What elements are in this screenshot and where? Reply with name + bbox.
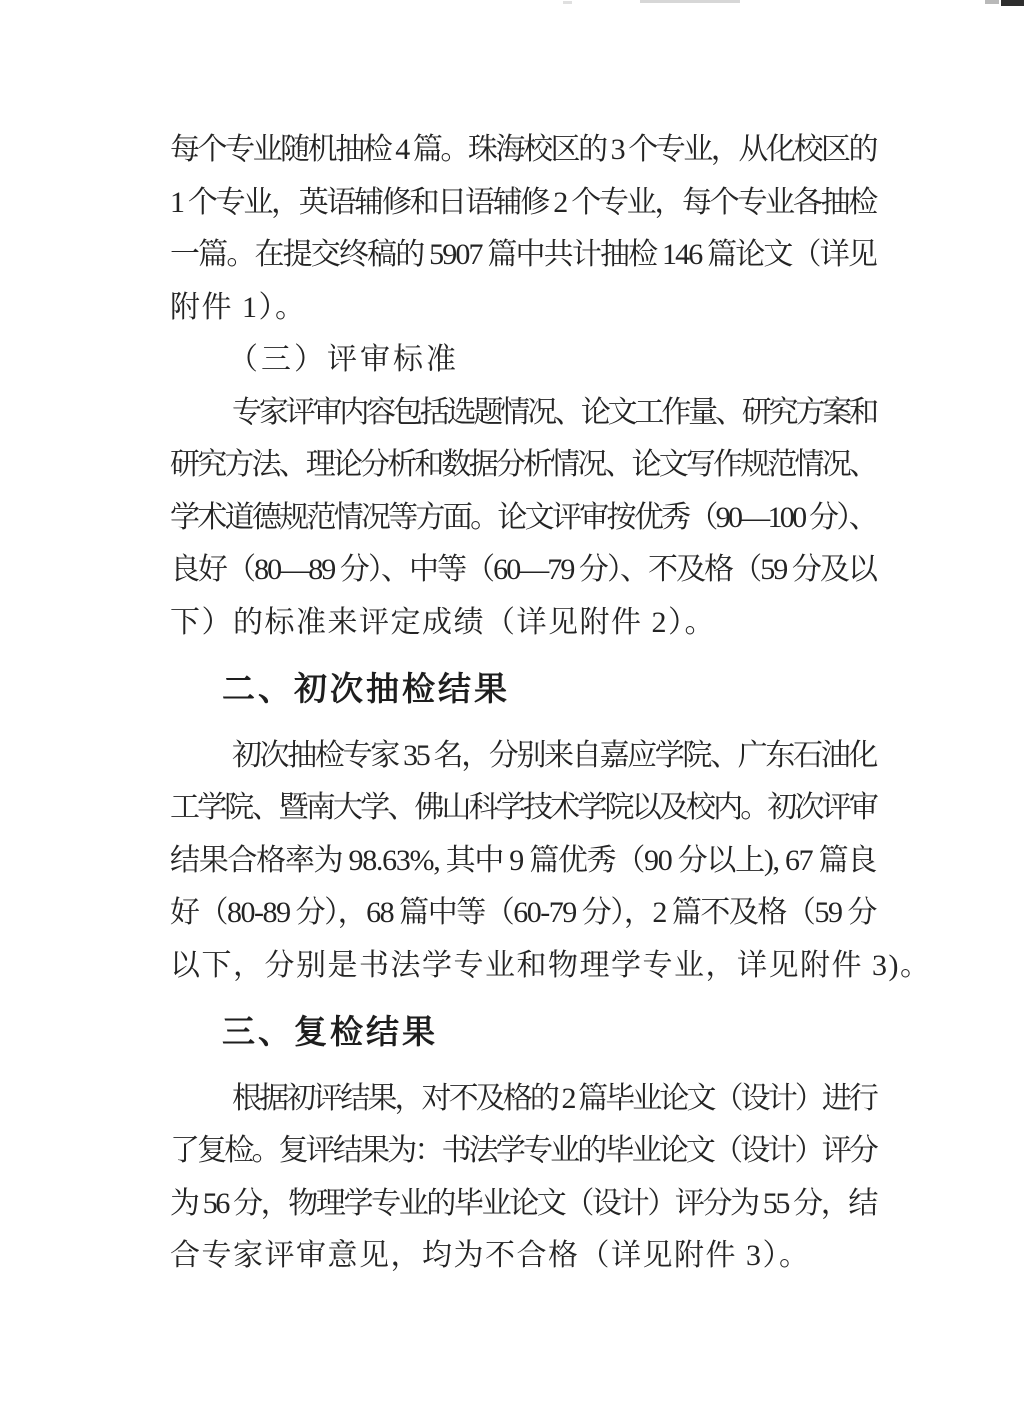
body-line: 初次抽检专家 35 名，分别来自嘉应学院、广东石油化	[170, 730, 876, 783]
body-line: 结果合格率为 98.63%, 其中 9 篇优秀（90 分以上), 67 篇良	[170, 835, 876, 888]
body-line: 附件 1）。	[170, 282, 876, 335]
body-line: 为 56 分，物理学专业的毕业论文（设计）评分为 55 分，结	[170, 1178, 876, 1231]
body-line: 学术道德规范情况等方面。论文评审按优秀（90—100 分）、	[170, 492, 876, 545]
body-line: 以下，分别是书法学专业和物理学专业，详见附件 3)。	[170, 940, 876, 993]
body-line: 根据初评结果，对不及格的 2 篇毕业论文（设计）进行	[170, 1073, 876, 1126]
body-line: 每个专业随机抽检 4 篇。珠海校区的 3 个专业，从化校区的	[170, 124, 876, 177]
scanned-document-page: 每个专业随机抽检 4 篇。珠海校区的 3 个专业，从化校区的 1 个专业，英语辅…	[0, 0, 1024, 1409]
subsection-heading: （三）评审标准	[170, 334, 876, 387]
body-line: 研究方法、理论分析和数据分析情况、论文写作规范情况、	[170, 439, 876, 492]
body-line: 工学院、暨南大学、佛山科学技术学院以及校内。初次评审	[170, 782, 876, 835]
body-line: 好（80-89 分），68 篇中等（60-79 分），2 篇不及格（59 分	[170, 887, 876, 940]
body-line: 一篇。在提交终稿的 5907 篇中共计抽检 146 篇论文（详见	[170, 229, 876, 282]
scan-artifact-dot	[563, 1, 572, 4]
scan-artifact-dark-mark	[1001, 0, 1024, 6]
body-line: 1 个专业，英语辅修和日语辅修 2 个专业，每个专业各抽检	[170, 177, 876, 230]
scan-artifact-gray-mark	[985, 0, 999, 4]
body-line: 专家评审内容包括选题情况、论文工作量、研究方案和	[170, 387, 876, 440]
body-line: 合专家评审意见，均为不合格（详见附件 3）。	[170, 1230, 876, 1283]
document-body: 每个专业随机抽检 4 篇。珠海校区的 3 个专业，从化校区的 1 个专业，英语辅…	[170, 124, 876, 1283]
section-heading-recheck-results: 三、复检结果	[170, 1006, 876, 1059]
body-line: 了复检。复评结果为：书法学专业的毕业论文（设计）评分	[170, 1125, 876, 1178]
body-line: 下）的标准来评定成绩（详见附件 2）。	[170, 597, 876, 650]
body-line: 良好（80—89 分）、中等（60—79 分）、不及格（59 分及以	[170, 544, 876, 597]
scan-artifact-top-line	[640, 0, 740, 3]
section-heading-initial-check-results: 二、初次抽检结果	[170, 663, 876, 716]
